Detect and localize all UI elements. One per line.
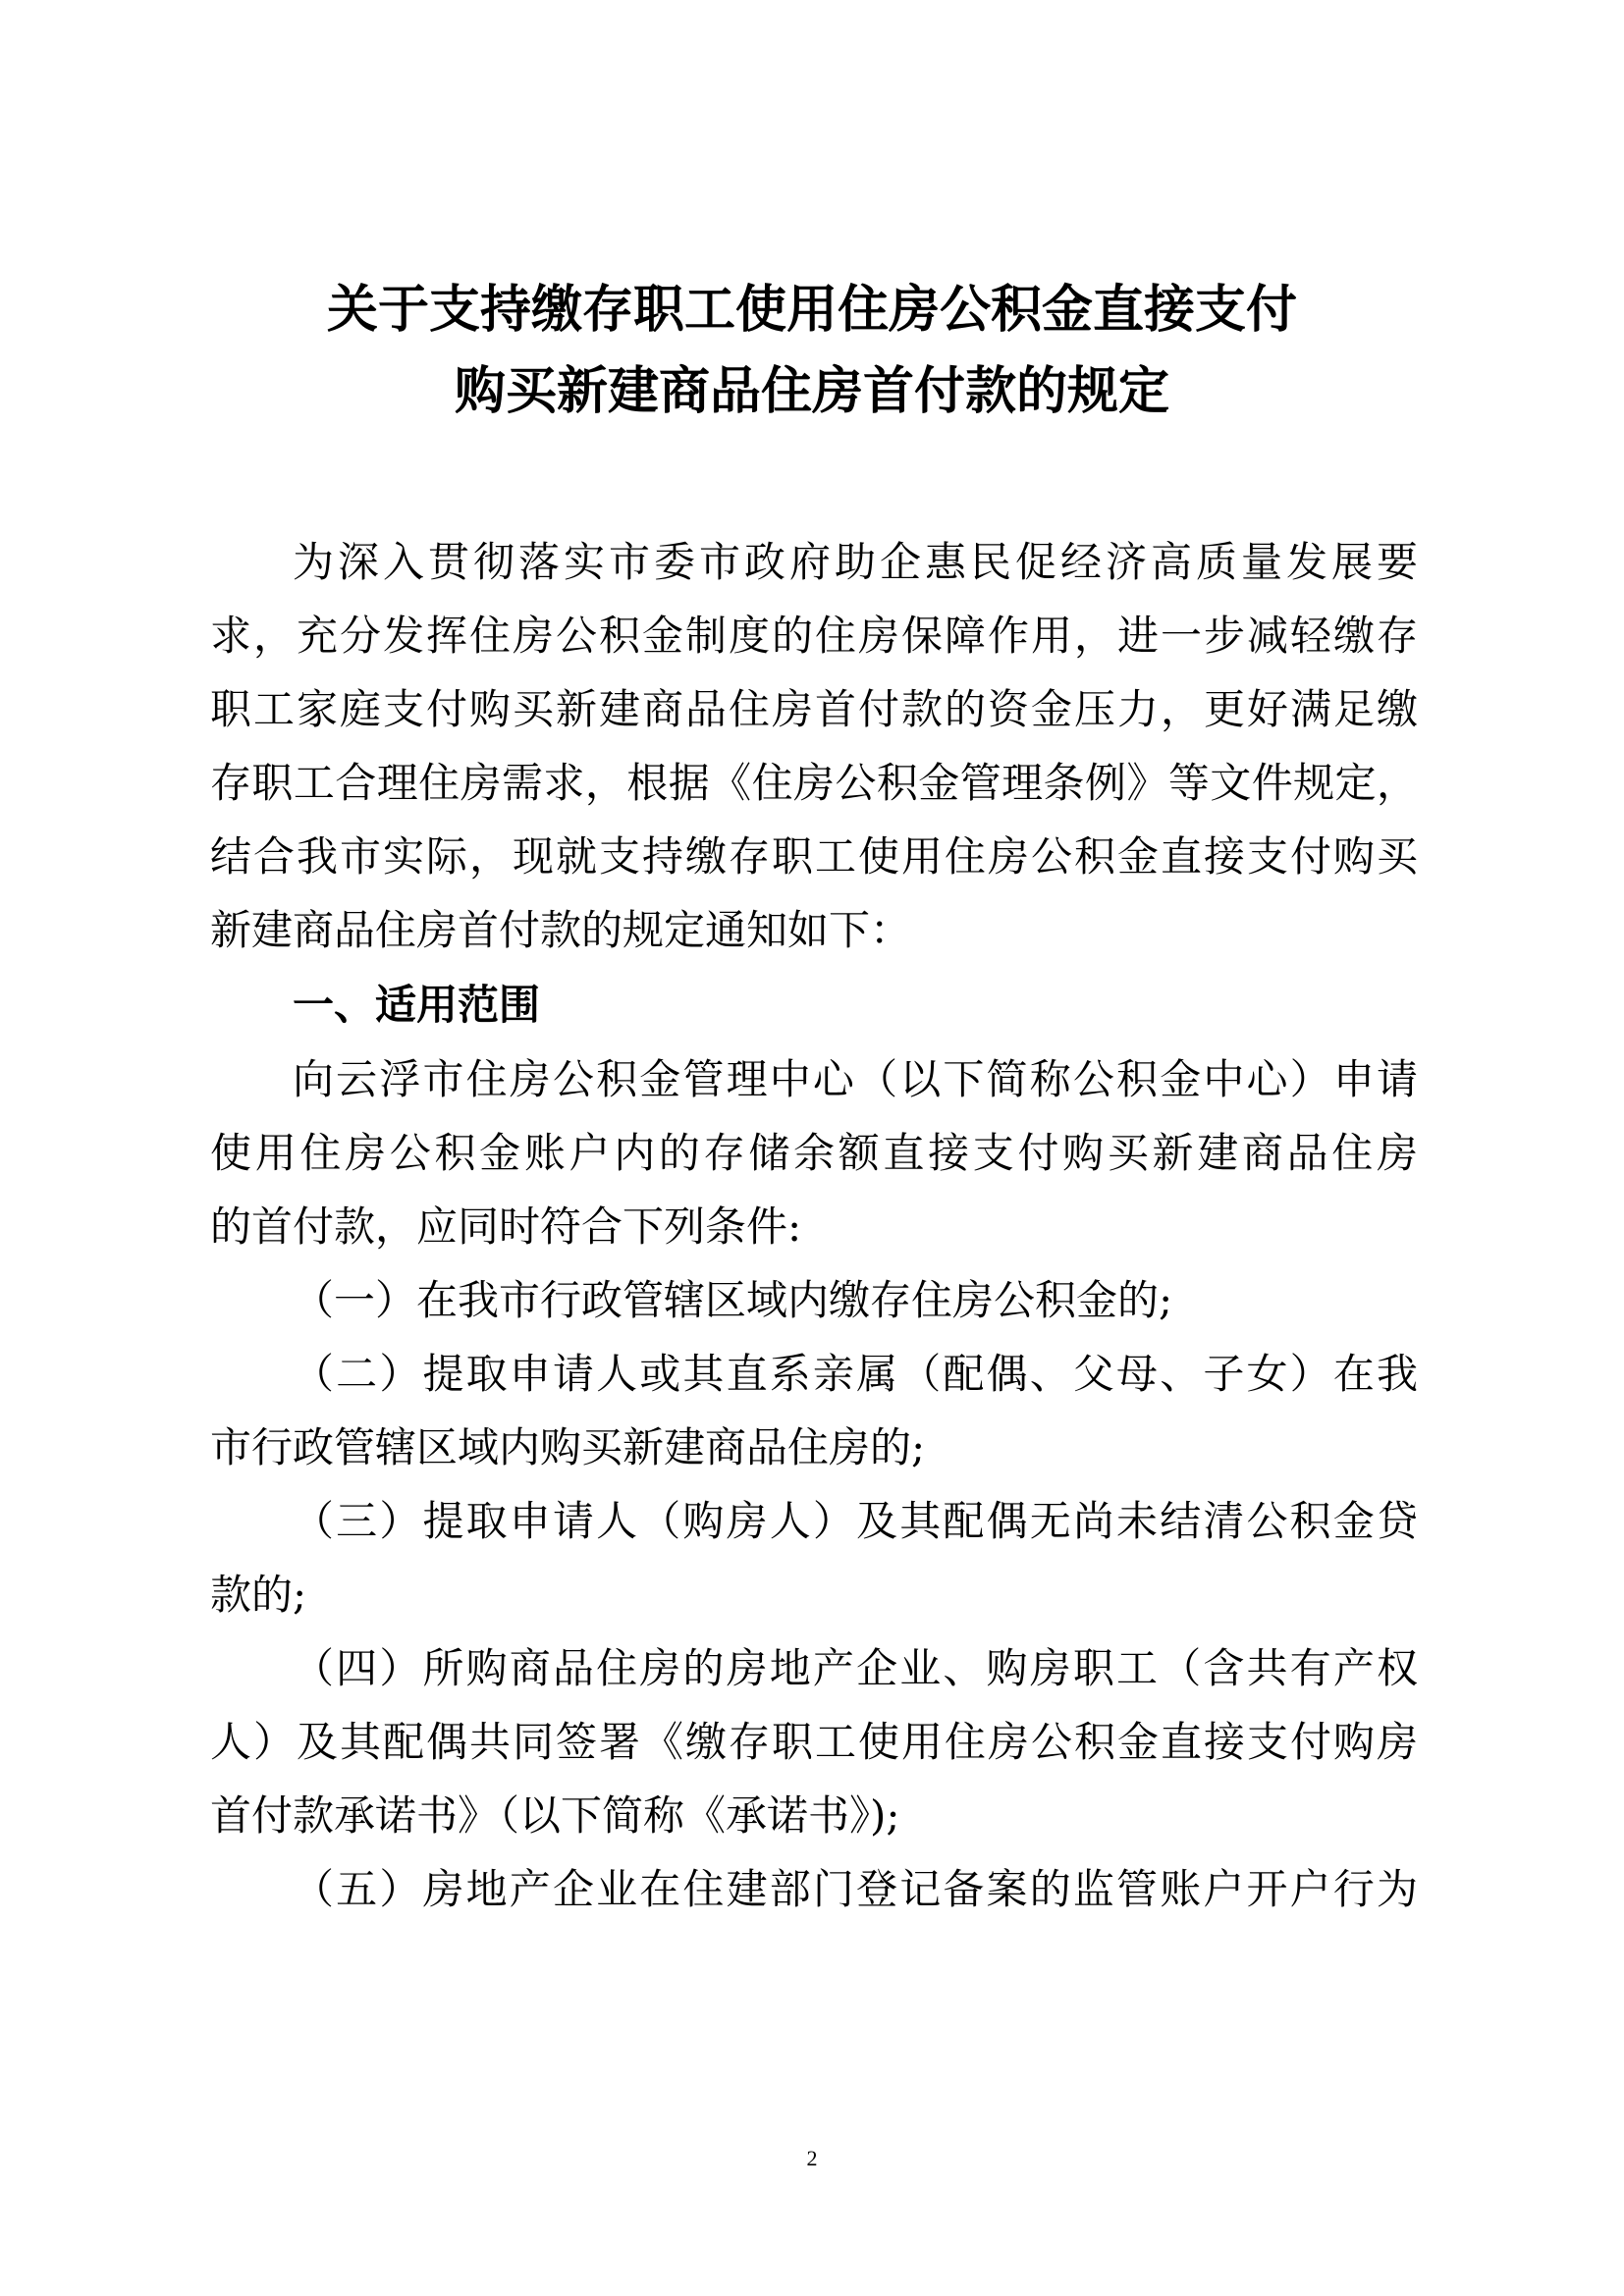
condition-item-3-cont: 款的; [210, 1575, 1418, 1616]
section-paragraph-line: 的首付款，应同时符合下列条件: [210, 1206, 1418, 1248]
document-title-line-1: 关于支持缴存职工使用住房公积金直接支付 [0, 285, 1624, 336]
intro-paragraph-line: 新建商品住房首付款的规定通知如下： [210, 910, 1418, 951]
page-number: 2 [0, 2146, 1624, 2171]
intro-paragraph-line: 求，充分发挥住房公积金制度的住房保障作用，进一步减轻缴存 [210, 615, 1418, 657]
intro-paragraph-line: 为深入贯彻落实市委市政府助企惠民促经济高质量发展要 [293, 542, 1418, 583]
intro-paragraph-line: 存职工合理住房需求，根据《住房公积金管理条例》等文件规定， [210, 763, 1418, 804]
intro-paragraph-line: 职工家庭支付购买新建商品住房首付款的资金压力，更好满足缴 [210, 689, 1418, 730]
section-heading: 一、适用范围 [293, 985, 540, 1026]
condition-item-2-cont: 市行政管辖区域内购买新建商品住房的; [210, 1427, 1418, 1468]
document-title-line-2: 购买新建商品住房首付款的规定 [0, 366, 1624, 417]
condition-item-4-cont: 人）及其配偶共同签署《缴存职工使用住房公积金直接支付购房 [210, 1722, 1418, 1763]
condition-item-3: （三）提取申请人（购房人）及其配偶无尚未结清公积金贷 [293, 1501, 1418, 1542]
condition-item-1: （一）在我市行政管辖区域内缴存住房公积金的; [293, 1280, 1418, 1321]
section-paragraph-line: 使用住房公积金账户内的存储余额直接支付购买新建商品住房 [210, 1133, 1418, 1174]
document-page: 关于支持缴存职工使用住房公积金直接支付 购买新建商品住房首付款的规定 为深入贯彻… [0, 0, 1624, 2296]
condition-item-4-cont: 首付款承诺书》（以下简称《承诺书》); [210, 1795, 1418, 1837]
condition-item-5: （五）房地产企业在住建部门登记备案的监管账户开户行为 [293, 1869, 1418, 1910]
intro-paragraph-line: 结合我市实际，现就支持缴存职工使用住房公积金直接支付购买 [210, 836, 1418, 878]
section-paragraph-line: 向云浮市住房公积金管理中心（以下简称公积金中心）申请 [293, 1059, 1418, 1100]
condition-item-2: （二）提取申请人或其直系亲属（配偶、父母、子女）在我 [293, 1354, 1418, 1395]
condition-item-4: （四）所购商品住房的房地产企业、购房职工（含共有产权 [293, 1648, 1418, 1689]
